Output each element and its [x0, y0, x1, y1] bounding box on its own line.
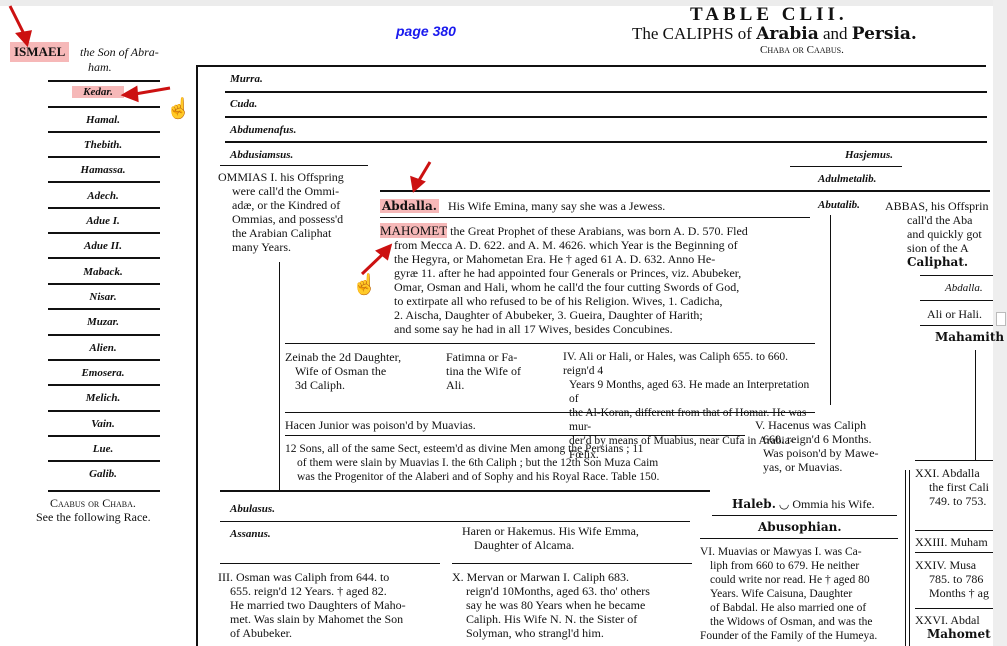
hand-cursor-icon: ☝	[352, 272, 377, 297]
annotation-overlay	[0, 0, 1007, 646]
hand-cursor-icon: ☝	[166, 96, 191, 121]
